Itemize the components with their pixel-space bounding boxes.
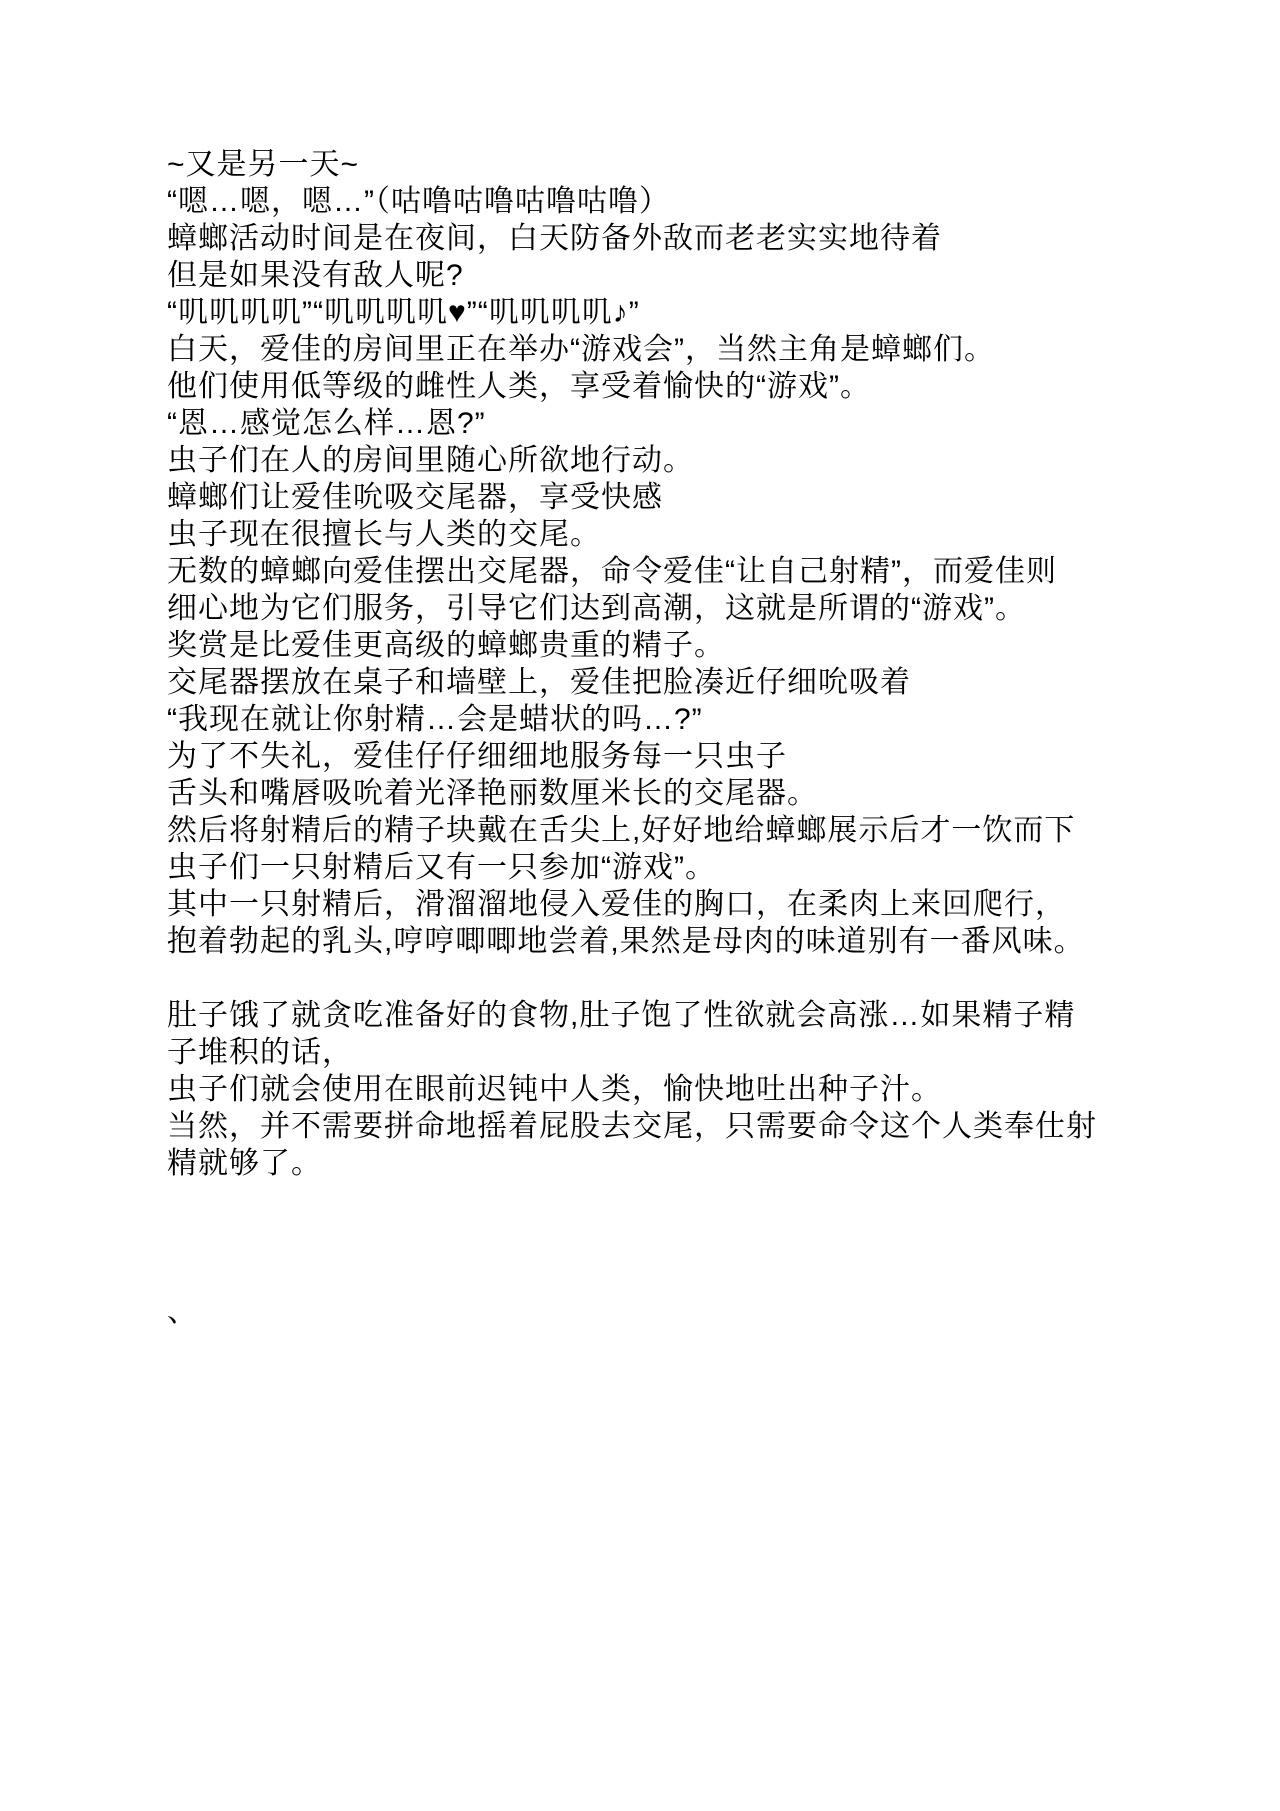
text-line: “叽叽叽叽”“叽叽叽叽♥”“叽叽叽叽♪” [167,294,1167,331]
text-line: 舌头和嘴唇吸吮着光泽艳丽数厘米长的交尾器。 [167,775,1167,812]
text-line: 抱着勃起的乳头,哼哼唧唧地尝着,果然是母肉的味道别有一番风味。 [167,923,1167,960]
text-line [167,1256,1167,1293]
text-line: “恩…感觉怎么样…恩?” [167,405,1167,442]
document-page: ~又是另一天~“嗯…嗯，嗯…”（咕噜咕噜咕噜咕噜）蟑螂活动时间是在夜间，白天防备… [0,0,1280,1811]
text-line: 细心地为它们服务，引导它们达到高潮，这就是所谓的“游戏”。 [167,590,1167,627]
text-line: 虫子们就会使用在眼前迟钝中人类，愉快地吐出种子汁。 [167,1071,1167,1108]
text-line: “嗯…嗯，嗯…”（咕噜咕噜咕噜咕噜） [167,183,1167,220]
text-line: 然后将射精后的精子块戴在舌尖上,好好地给蟑螂展示后才一饮而下 [167,812,1167,849]
text-line: 为了不失礼，爱佳仔仔细细地服务每一只虫子 [167,738,1167,775]
text-line: 但是如果没有敌人呢? [167,257,1167,294]
text-line: “我现在就让你射精…会是蜡状的吗…?” [167,701,1167,738]
text-line: 肚子饿了就贪吃准备好的食物,肚子饱了性欲就会高涨…如果精子精 [167,997,1167,1034]
text-line: 白天，爱佳的房间里正在举办“游戏会”，当然主角是蟑螂们。 [167,331,1167,368]
text-line: 子堆积的话， [167,1034,1167,1071]
document-body: ~又是另一天~“嗯…嗯，嗯…”（咕噜咕噜咕噜咕噜）蟑螂活动时间是在夜间，白天防备… [167,146,1167,1330]
text-line [167,1182,1167,1219]
text-line: 其中一只射精后，滑溜溜地侵入爱佳的胸口，在柔肉上来回爬行， [167,886,1167,923]
text-line [167,1219,1167,1256]
text-line [167,960,1167,997]
text-line: 无数的蟑螂向爱佳摆出交尾器，命令爱佳“让自己射精”，而爱佳则 [167,553,1167,590]
text-line: 精就够了。 [167,1145,1167,1182]
text-line: 虫子现在很擅长与人类的交尾。 [167,516,1167,553]
text-line: 当然，并不需要拼命地摇着屁股去交尾，只需要命令这个人类奉仕射 [167,1108,1167,1145]
text-line: 虫子们在人的房间里随心所欲地行动。 [167,442,1167,479]
text-line: 虫子们一只射精后又有一只参加“游戏”。 [167,849,1167,886]
text-line: 蟑螂们让爱佳吮吸交尾器，享受快感 [167,479,1167,516]
text-line: 奖赏是比爱佳更高级的蟑螂贵重的精子。 [167,627,1167,664]
text-line: ~又是另一天~ [167,146,1167,183]
text-line: 交尾器摆放在桌子和墙壁上，爱佳把脸凑近仔细吮吸着 [167,664,1167,701]
text-line: 他们使用低等级的雌性人类，享受着愉快的“游戏”。 [167,368,1167,405]
text-line: 蟑螂活动时间是在夜间，白天防备外敌而老老实实地待着 [167,220,1167,257]
text-line: 、 [167,1293,1167,1330]
